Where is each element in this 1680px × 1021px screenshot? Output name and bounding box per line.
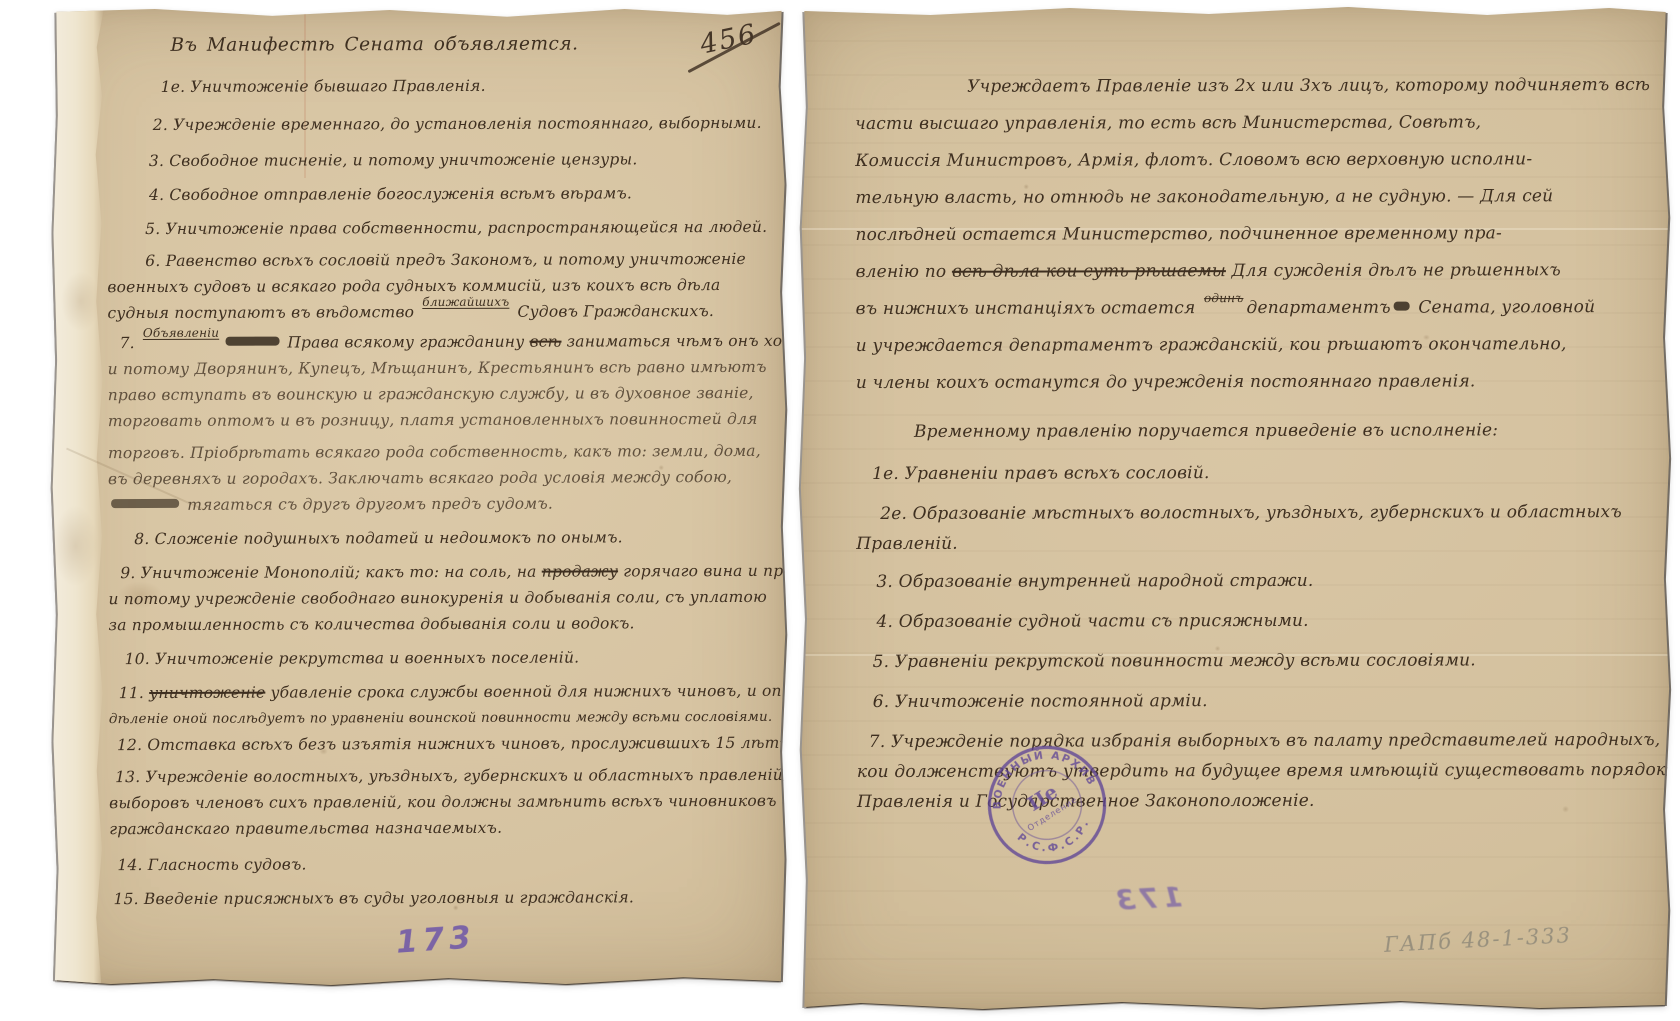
manuscript-line: 11. уничтоженіе убавленіе срока службы в… — [109, 678, 771, 706]
manuscript-line: 4. Образованіе судной части съ присяжным… — [856, 605, 1650, 637]
manuscript-line: торговать оптомъ и въ розницу, платя уст… — [108, 406, 770, 434]
right-page-lines: Учреждаетъ Правленіе изъ 2х или 3хъ лицъ… — [855, 67, 1651, 817]
manuscript-line: торговъ. Пріобрѣтать всякаго рода собств… — [108, 438, 770, 466]
manuscript-line: 12. Отставка всѣхъ безъ изъятія нижнихъ … — [109, 730, 771, 758]
manuscript-line: Временному правленію поручается приведен… — [856, 412, 1650, 451]
manuscript-line: 4. Свободное отправленіе богослуженія вс… — [107, 180, 769, 208]
manuscript-line: 9. Уничтоженіе Монополій; какъ то: на со… — [108, 558, 770, 586]
manuscript-line: 14. Гласность судовъ. — [109, 850, 771, 878]
archivist-page-number: 173 — [395, 919, 477, 960]
manuscript-line: вленію по всѣ дѣла кои суть рѣшаемы Для … — [856, 252, 1650, 291]
inked-out-word — [225, 337, 279, 346]
manuscript-line: 6. Равенство всѣхъ сословій предъ Законо… — [107, 246, 769, 274]
manuscript-line: 3. Свободное тисненіе, и потому уничтоже… — [107, 146, 769, 174]
right-page-text: Учреждаетъ Правленіе изъ 2х или 3хъ лицъ… — [855, 67, 1651, 817]
inked-out-word — [111, 499, 179, 508]
inked-out-word — [1394, 302, 1410, 311]
manuscript-line: 8. Сложеніе подушныхъ податей и недоимок… — [108, 524, 770, 552]
manuscript-line: 1е. Уничтоженіе бывшаго Правленія. — [107, 72, 769, 100]
scanned-manuscript-document: 456 Въ Манифестѣ Сената объявляется. 1е.… — [0, 0, 1680, 1021]
manuscript-line: за промышленность съ количества добывані… — [108, 610, 770, 638]
manuscript-line: и учреждается департаментъ гражданскій, … — [856, 326, 1650, 365]
left-page-lines: 1е. Уничтоженіе бывшаго Правленія.2. Учр… — [107, 72, 772, 912]
manuscript-line: право вступать въ воинскую и гражданскую… — [108, 380, 770, 408]
manuscript-line: и потому учрежденіе свободнаго винокурен… — [108, 584, 770, 612]
manuscript-line: 5. Уничтоженіе права собственности, расп… — [107, 214, 769, 242]
manuscript-page-left: 456 Въ Манифестѣ Сената объявляется. 1е.… — [52, 8, 786, 986]
binding-edge — [52, 8, 104, 986]
paper-left: 456 Въ Манифестѣ Сената объявляется. 1е.… — [52, 8, 786, 986]
manuscript-line: 1е. Уравненіи правъ всѣхъ сословій. — [856, 457, 1650, 489]
manuscript-line: послѣдней остается Министерство, подчине… — [855, 215, 1649, 254]
manuscript-line: и члены коихъ останутся до учрежденія по… — [856, 363, 1650, 402]
manuscript-line: и потому Дворянинъ, Купецъ, Мѣщанинъ, Кр… — [108, 354, 770, 382]
manuscript-line: 6. Уничтоженіе постоянной арміи. — [857, 685, 1651, 717]
left-page-text: Въ Манифестѣ Сената объявляется. 1е. Уни… — [106, 31, 771, 912]
manuscript-line: 15. Введеніе присяжныхъ въ суды уголовны… — [109, 884, 771, 912]
manuscript-line: Учреждаетъ Правленіе изъ 2х или 3хъ лицъ… — [855, 67, 1649, 106]
bleed-through-page-number: 173 — [1111, 880, 1183, 917]
manuscript-line: тягаться съ другъ другомъ предъ судомъ. — [108, 490, 770, 518]
manuscript-line: 10. Уничтоженіе рекрутства и военныхъ по… — [109, 644, 771, 672]
manuscript-line: 7. Объявленіи Права всякому гражданину в… — [108, 328, 770, 356]
manuscript-heading: Въ Манифестѣ Сената объявляется. — [106, 31, 768, 59]
manuscript-line: 3. Образованіе внутренней народной страж… — [856, 565, 1650, 597]
manuscript-line: Комиссія Министровъ, Армія, флотъ. Слово… — [855, 141, 1649, 180]
paper-right: Учреждаетъ Правленіе изъ 2х или 3хъ лицъ… — [800, 6, 1670, 1010]
manuscript-line: 5. Уравненіи рекрутской повинности между… — [857, 645, 1651, 677]
manuscript-line: 7. Учрежденіе порядка избранія выборныхъ… — [857, 725, 1651, 757]
manuscript-line: судныя поступаютъ въ вѣдомство ближайших… — [107, 298, 769, 326]
manuscript-line: Правленій. — [856, 527, 1650, 559]
manuscript-page-right: Учреждаетъ Правленіе изъ 2х или 3хъ лицъ… — [800, 6, 1670, 1010]
manuscript-line: дѣленіе оной послѣдуетъ по уравненіи вои… — [109, 704, 771, 732]
manuscript-line: части высшаго управленія, то есть всѣ Ми… — [855, 104, 1649, 143]
manuscript-line: 13. Учрежденіе волостныхъ, уѣздныхъ, губ… — [109, 762, 771, 790]
manuscript-line: въ деревняхъ и городахъ. Заключать всяка… — [108, 464, 770, 492]
manuscript-line: 2. Учрежденіе временнаго, до установлені… — [107, 110, 769, 138]
manuscript-line: 2е. Образованіе мѣстныхъ волостныхъ, уѣз… — [856, 497, 1650, 529]
manuscript-line: въ нижнихъ инстанціяхъ остается одинъдеп… — [856, 289, 1650, 328]
manuscript-line: тельную власть, но отнюдь не законодател… — [855, 178, 1649, 217]
manuscript-line: гражданскаго правительства назначаемыхъ. — [109, 814, 771, 842]
manuscript-line: выборовъ членовъ сихъ правленій, кои дол… — [109, 788, 771, 816]
archive-reference-pencil: ГАПб 48-1-333 — [1384, 923, 1573, 957]
